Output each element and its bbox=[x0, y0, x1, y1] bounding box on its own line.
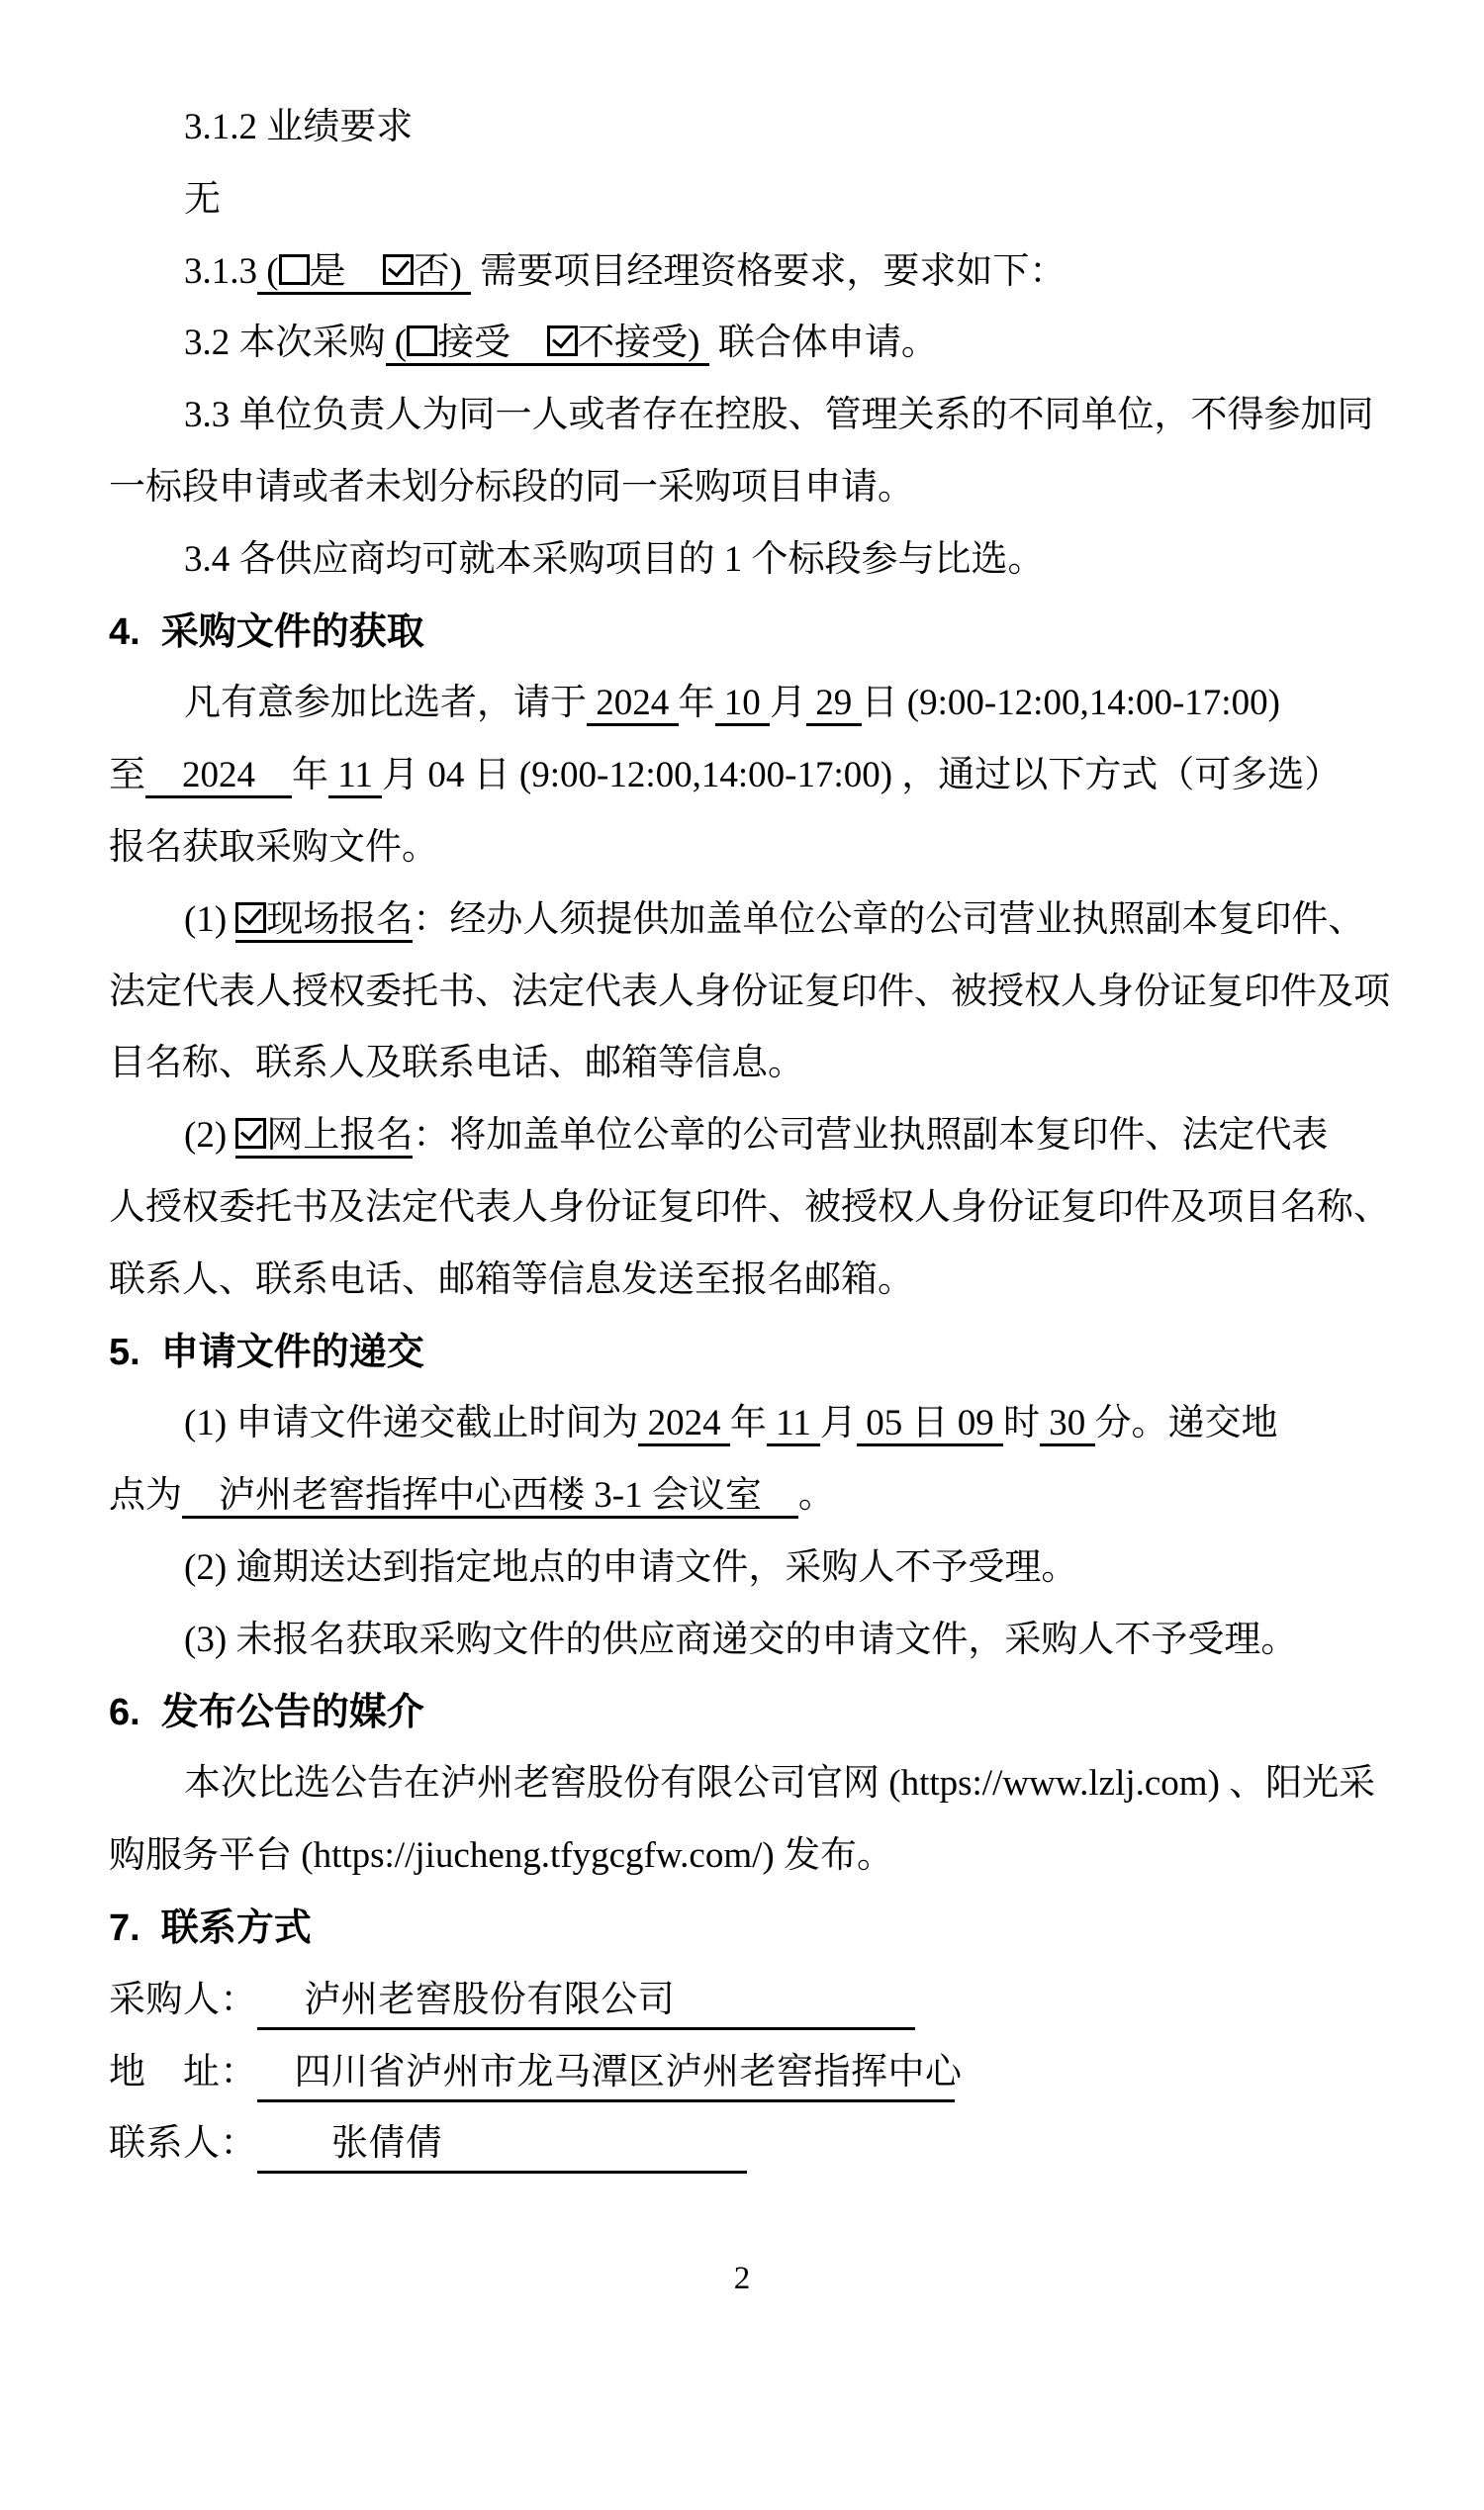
text-line: 报名获取采购文件。 bbox=[109, 812, 1385, 884]
text-run: ( bbox=[257, 251, 279, 295]
checkbox-empty-icon bbox=[279, 254, 310, 285]
text-run: (3) 未报名获取采购文件的供应商递交的申请文件，采购人不予受理。 bbox=[184, 1620, 1297, 1660]
text-run: 月 bbox=[820, 1403, 857, 1443]
text-run: 6. 发布公告的媒介 bbox=[109, 1692, 424, 1733]
checkbox-checked-icon bbox=[235, 1118, 266, 1149]
text-line: 无 bbox=[109, 164, 1385, 236]
text-run: 凡有意参加比选者，请于 bbox=[184, 683, 587, 723]
text-line: 点为 泸州老窖指挥中心西楼 3-1 会议室 。 bbox=[109, 1460, 1385, 1533]
fill-in-field: 泸州老窖股份有限公司 bbox=[257, 1973, 915, 2030]
text-run: 年 bbox=[679, 683, 715, 723]
text-run: (1) 申请文件递交截止时间为 bbox=[184, 1403, 638, 1443]
text-run: 3.1.2 业绩要求 bbox=[184, 107, 413, 147]
text-line: 本次比选公告在泸州老窖股份有限公司官网 (https://www.lzlj.co… bbox=[109, 1748, 1385, 1820]
section-heading: 4. 采购文件的获取 bbox=[109, 597, 1385, 669]
text-run: 月 04 日 (9:00-12:00,14:00-17:00) ，通过以下方式（… bbox=[382, 755, 1341, 795]
text-line: 至 2024 年 11 月 04 日 (9:00-12:00,14:00-17:… bbox=[109, 740, 1385, 812]
text-run: (1) bbox=[184, 899, 235, 940]
text-run: 目名称、联系人及联系电话、邮箱等信息。 bbox=[109, 1043, 804, 1083]
text-run: 4. 采购文件的获取 bbox=[109, 611, 424, 653]
text-run: 至 bbox=[109, 755, 145, 795]
section-heading: 5. 申请文件的递交 bbox=[109, 1317, 1385, 1389]
fill-in-field: 四川省泸州市龙马潭区泸州老窖指挥中心 bbox=[257, 2045, 955, 2102]
text-run: (2) 逾期送达到指定地点的申请文件，采购人不予受理。 bbox=[184, 1547, 1077, 1588]
text-line: 目名称、联系人及联系电话、邮箱等信息。 bbox=[109, 1028, 1385, 1100]
text-run: 一标段申请或者未划分标段的同一采购项目申请。 bbox=[109, 467, 914, 508]
text-run: 11 bbox=[328, 755, 382, 798]
text-run: 否) bbox=[414, 251, 472, 295]
text-run: 是 bbox=[310, 251, 383, 295]
checkbox-checked-icon bbox=[383, 254, 414, 285]
text-run: 10 bbox=[715, 683, 771, 726]
text-line: 凡有意参加比选者，请于 2024 年 10 月 29 日 (9:00-12:00… bbox=[109, 668, 1385, 740]
text-run: 5. 申请文件的递交 bbox=[109, 1332, 424, 1373]
text-run: 人授权委托书及法定代表人身份证复印件、被授权人身份证复印件及项目名称、 bbox=[109, 1187, 1390, 1228]
text-line: 3.4 各供应商均可就本采购项目的 1 个标段参与比选。 bbox=[109, 524, 1385, 597]
text-run: 联系人： bbox=[109, 2123, 257, 2164]
text-line: 3.1.3 (是 否) 需要项目经理资格要求，要求如下： bbox=[109, 236, 1385, 309]
section-heading: 6. 发布公告的媒介 bbox=[109, 1677, 1385, 1749]
text-line: 一标段申请或者未划分标段的同一采购项目申请。 bbox=[109, 452, 1385, 524]
text-run: 需要项目经理资格要求，要求如下： bbox=[471, 251, 1066, 292]
text-run: 3.3 单位负责人为同一人或者存在控股、管理关系的不同单位，不得参加同 bbox=[184, 395, 1374, 435]
checkbox-checked-icon bbox=[547, 325, 578, 356]
text-run: 不接受) bbox=[578, 323, 709, 366]
text-run: 联合体申请。 bbox=[709, 323, 938, 363]
text-run: 05 日 09 bbox=[857, 1403, 1003, 1446]
text-line: 人授权委托书及法定代表人身份证复印件、被授权人身份证复印件及项目名称、 bbox=[109, 1172, 1385, 1245]
text-line: 3.2 本次采购 (接受 不接受) 联合体申请。 bbox=[109, 308, 1385, 380]
text-run: 泸州老窖指挥中心西楼 3-1 会议室 bbox=[182, 1475, 798, 1519]
text-run: 购服务平台 (https://jiucheng.tfygcgfw.com/) 发… bbox=[109, 1835, 893, 1876]
text-line: 3.3 单位负责人为同一人或者存在控股、管理关系的不同单位，不得参加同 bbox=[109, 380, 1385, 452]
text-run: ：将加盖单位公章的公司营业执照副本复印件、法定代表 bbox=[413, 1115, 1328, 1156]
text-line: 联系人、联系电话、邮箱等信息发送至报名邮箱。 bbox=[109, 1245, 1385, 1317]
text-run: 报名获取采购文件。 bbox=[109, 827, 438, 868]
text-line: (2) 逾期送达到指定地点的申请文件，采购人不予受理。 bbox=[109, 1533, 1385, 1605]
text-run: 30 bbox=[1040, 1403, 1095, 1446]
text-line: (2) 网上报名：将加盖单位公章的公司营业执照副本复印件、法定代表 bbox=[109, 1100, 1385, 1172]
text-run: 无 bbox=[184, 179, 221, 220]
checkbox-run bbox=[383, 251, 414, 295]
text-line: (3) 未报名获取采购文件的供应商递交的申请文件，采购人不予受理。 bbox=[109, 1605, 1385, 1677]
text-run: 11 bbox=[767, 1403, 820, 1446]
page-number: 2 bbox=[0, 2259, 1484, 2298]
text-run: (2) bbox=[184, 1115, 235, 1156]
text-run: ( bbox=[386, 323, 408, 366]
checkbox-checked-icon bbox=[235, 902, 266, 933]
checkbox-run bbox=[407, 323, 437, 366]
text-run: 地 址： bbox=[109, 2052, 257, 2092]
text-run: 29 bbox=[806, 683, 862, 726]
text-run: 联系人、联系电话、邮箱等信息发送至报名邮箱。 bbox=[109, 1259, 914, 1300]
text-run: 7. 联系方式 bbox=[109, 1907, 312, 1949]
text-line: 地 址： 四川省泸州市龙马潭区泸州老窖指挥中心 bbox=[109, 2037, 1385, 2109]
text-run: 3.2 本次采购 bbox=[184, 323, 386, 363]
text-run: 采购人： bbox=[109, 1980, 257, 2020]
checkbox-run bbox=[235, 899, 266, 943]
fill-in-field: 张倩倩 bbox=[257, 2116, 747, 2174]
text-run: 年 bbox=[292, 755, 328, 795]
text-run: 现场报名 bbox=[266, 899, 413, 943]
text-run: 接受 bbox=[437, 323, 547, 366]
text-run: 3.4 各供应商均可就本采购项目的 1 个标段参与比选。 bbox=[184, 539, 1045, 580]
text-run: ：经办人须提供加盖单位公章的公司营业执照副本复印件、 bbox=[413, 899, 1364, 940]
text-line: (1) 申请文件递交截止时间为 2024 年 11 月 05 日 09 时 30… bbox=[109, 1388, 1385, 1460]
text-run: 2024 bbox=[145, 755, 292, 798]
document-body: 3.1.2 业绩要求无3.1.3 (是 否) 需要项目经理资格要求，要求如下：3… bbox=[109, 92, 1385, 2181]
checkbox-run bbox=[235, 1115, 266, 1159]
text-run: 法定代表人授权委托书、法定代表人身份证复印件、被授权人身份证复印件及项 bbox=[109, 972, 1390, 1012]
text-run: 本次比选公告在泸州老窖股份有限公司官网 (https://www.lzlj.co… bbox=[184, 1763, 1375, 1804]
text-run: 2024 bbox=[638, 1403, 730, 1446]
text-run: 月 bbox=[770, 683, 806, 723]
section-heading: 7. 联系方式 bbox=[109, 1893, 1385, 1965]
text-line: 联系人： 张倩倩 bbox=[109, 2108, 1385, 2181]
text-line: 购服务平台 (https://jiucheng.tfygcgfw.com/) 发… bbox=[109, 1820, 1385, 1893]
text-run: 日 (9:00-12:00,14:00-17:00) bbox=[862, 683, 1280, 723]
text-run: 网上报名 bbox=[266, 1115, 413, 1159]
document-page: 3.1.2 业绩要求无3.1.3 (是 否) 需要项目经理资格要求，要求如下：3… bbox=[0, 0, 1484, 2510]
text-line: 3.1.2 业绩要求 bbox=[109, 92, 1385, 164]
checkbox-run bbox=[547, 323, 578, 366]
text-run: 年 bbox=[730, 1403, 767, 1443]
text-run: 点为 bbox=[109, 1475, 182, 1516]
text-run: 3.1.3 bbox=[184, 251, 257, 292]
text-line: (1) 现场报名：经办人须提供加盖单位公章的公司营业执照副本复印件、 bbox=[109, 884, 1385, 957]
text-run: 。 bbox=[798, 1475, 835, 1516]
text-line: 采购人： 泸州老窖股份有限公司 bbox=[109, 1965, 1385, 2037]
checkbox-empty-icon bbox=[407, 325, 437, 356]
text-run: 分。递交地 bbox=[1095, 1403, 1278, 1443]
text-line: 法定代表人授权委托书、法定代表人身份证复印件、被授权人身份证复印件及项 bbox=[109, 957, 1385, 1029]
text-run: 时 bbox=[1003, 1403, 1040, 1443]
text-run: 2024 bbox=[587, 683, 679, 726]
checkbox-run bbox=[279, 251, 310, 295]
